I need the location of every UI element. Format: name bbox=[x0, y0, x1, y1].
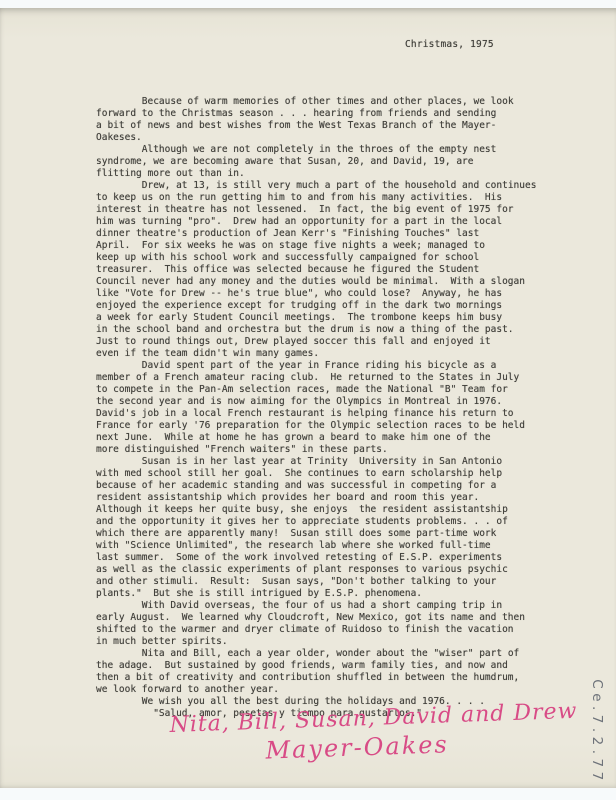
paragraph: Although we are not completely in the th… bbox=[96, 144, 541, 180]
paragraph: Because of warm memories of other times … bbox=[96, 96, 541, 144]
paragraph: Nita and Bill, each a year older, wonder… bbox=[96, 648, 541, 696]
letter-page: Christmas, 1975 Because of warm memories… bbox=[0, 8, 616, 788]
paragraph: With David overseas, the four of us had … bbox=[96, 600, 541, 648]
margin-note-handwritten: Ce.7.2.77 bbox=[589, 679, 605, 784]
letter-body: Because of warm memories of other times … bbox=[96, 96, 541, 720]
paragraph: Susan is in her last year at Trinity Uni… bbox=[96, 456, 541, 600]
date-line: Christmas, 1975 bbox=[405, 39, 494, 50]
paragraph: Drew, at 13, is still very much a part o… bbox=[96, 180, 541, 360]
paragraph: David spent part of the year in France r… bbox=[96, 360, 541, 456]
